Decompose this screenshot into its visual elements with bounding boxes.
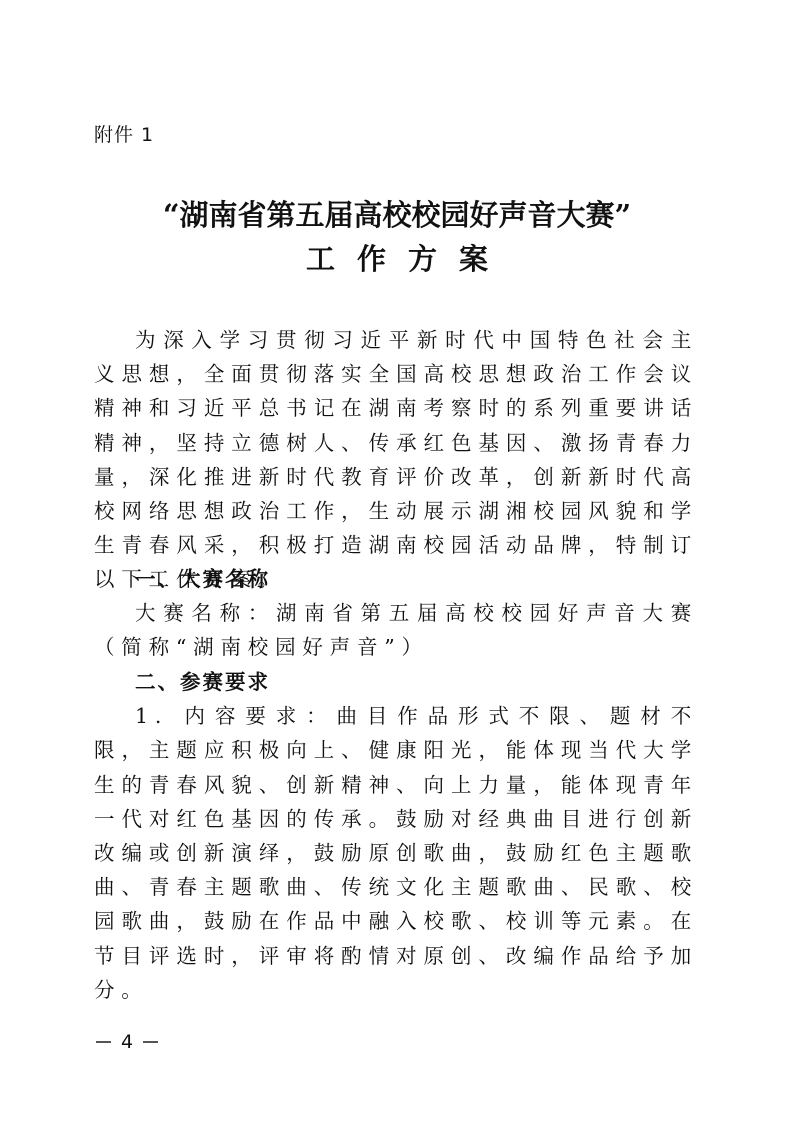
dash-right-icon (143, 1041, 158, 1043)
page-footer: 4 (96, 1030, 158, 1054)
dash-left-icon (96, 1041, 111, 1043)
attachment-label: 附件 1 (94, 122, 154, 148)
intro-block: 为深入学习贯彻习近平新时代中国特色社会主义思想，全面贯彻落实全国高校思想政治工作… (94, 323, 698, 597)
section-1: 一、大赛名称 大赛名称：湖南省第五届高校校园好声音大赛（简称“湖南校园好声音”） (94, 562, 698, 665)
section-heading: 二、参赛要求 (94, 665, 698, 699)
intro-paragraph: 为深入学习贯彻习近平新时代中国特色社会主义思想，全面贯彻落实全国高校思想政治工作… (94, 323, 698, 597)
document-title: “湖南省第五届高校校园好声音大赛” (0, 196, 794, 234)
section-paragraph: 1. 内容要求：曲目作品形式不限、题材不限，主题应积极向上、健康阳光，能体现当代… (94, 699, 698, 1007)
section-2: 二、参赛要求 1. 内容要求：曲目作品形式不限、题材不限，主题应积极向上、健康阳… (94, 665, 698, 1007)
document-subtitle: 工作方案 (0, 240, 794, 278)
page-number: 4 (121, 1030, 133, 1054)
document-page: 附件 1 “湖南省第五届高校校园好声音大赛” 工作方案 为深入学习贯彻习近平新时… (0, 0, 794, 1123)
section-paragraph: 大赛名称：湖南省第五届高校校园好声音大赛（简称“湖南校园好声音”） (94, 596, 698, 664)
section-heading: 一、大赛名称 (94, 562, 698, 596)
